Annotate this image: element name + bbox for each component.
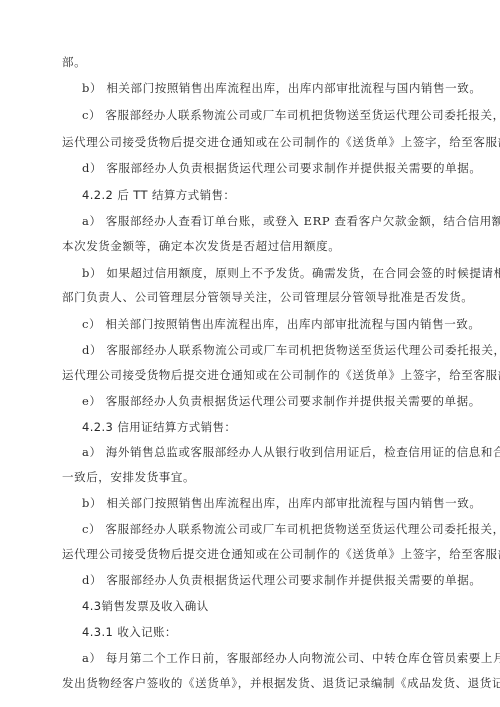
list-item-c: c） 客服部经办人联系物流公司或厂车司机把货物送至货运代理公司委托报关，货 [82, 108, 500, 122]
text-line: 运代理公司接受货物后提交进仓通知或在公司制作的《送货单》上签字，给至客服部。 [62, 135, 500, 149]
section-heading-4-3: 4.3销售发票及收入确认 [82, 599, 209, 613]
list-item-d: d） 客服部经办人负责根据货运代理公司要求制作并提供报关需要的单据。 [82, 161, 481, 175]
text-line: 运代理公司接受货物后提交进仓通知或在公司制作的《送货单》上签字，给至客服部。 [62, 368, 500, 382]
list-item-d: d） 客服部经办人负责根据货运代理公司要求制作并提供报关需要的单据。 [82, 573, 481, 587]
text-line: 运代理公司接受货物后提交进仓通知或在公司制作的《送货单》上签字，给至客服部。 [62, 547, 500, 561]
list-item-a: a） 每月第二个工作日前，客服部经办人向物流公司、中转仓库仓管员索要上月已 [82, 651, 500, 665]
list-item-e: e） 客服部经办人负责根据货运代理公司要求制作并提供报关需要的单据。 [82, 394, 481, 408]
list-item-b: b） 如果超过信用额度，原则上不予发货。确需发货，在合同会签的时候提请相关 [82, 266, 500, 280]
document-page: 部。 b） 相关部门按照销售出库流程出库，出库内部审批流程与国内销售一致。 c）… [0, 0, 500, 707]
text-line: 部。 [62, 55, 86, 69]
list-item-a: a） 海外销售总监或客服部经办人从银行收到信用证后，检查信用证的信息和合同 [82, 445, 500, 459]
section-heading-4-2-2: 4.2.2 后 TT 结算方式销售： [82, 188, 235, 202]
list-item-d: d） 客服部经办人联系物流公司或厂车司机把货物送至货运代理公司委托报关，货 [82, 343, 500, 357]
text-line: 部门负责人、公司管理层分管领导关注，公司管理层分管领导批准是否发货。 [62, 290, 473, 304]
list-item-c: c） 客服部经办人联系物流公司或厂车司机把货物送至货运代理公司委托报关，货 [82, 522, 500, 536]
section-heading-4-3-1: 4.3.1 收入记账： [82, 625, 177, 639]
text-line: 发出货物经客户签收的《送货单》，并根据发货、退货记录编制《成品发货、退货记 [62, 676, 500, 690]
list-item-b: b） 相关部门按照销售出库流程出库，出库内部审批流程与国内销售一致。 [82, 81, 481, 95]
section-heading-4-2-3: 4.2.3 信用证结算方式销售： [82, 420, 236, 434]
list-item-c: c） 相关部门按照销售出库流程出库，出库内部审批流程与国内销售一致。 [82, 317, 481, 331]
text-line: 一致后，安排发货事宜。 [62, 470, 195, 484]
list-item-a: a） 客服部经办人查看订单台账，或登入 ERP 查看客户欠款金额，结合信用额度、 [82, 214, 500, 228]
list-item-b: b） 相关部门按照销售出库流程出库，出库内部审批流程与国内销售一致。 [82, 496, 481, 510]
text-line: 本次发货金额等，确定本次发货是否超过信用额度。 [62, 239, 340, 253]
